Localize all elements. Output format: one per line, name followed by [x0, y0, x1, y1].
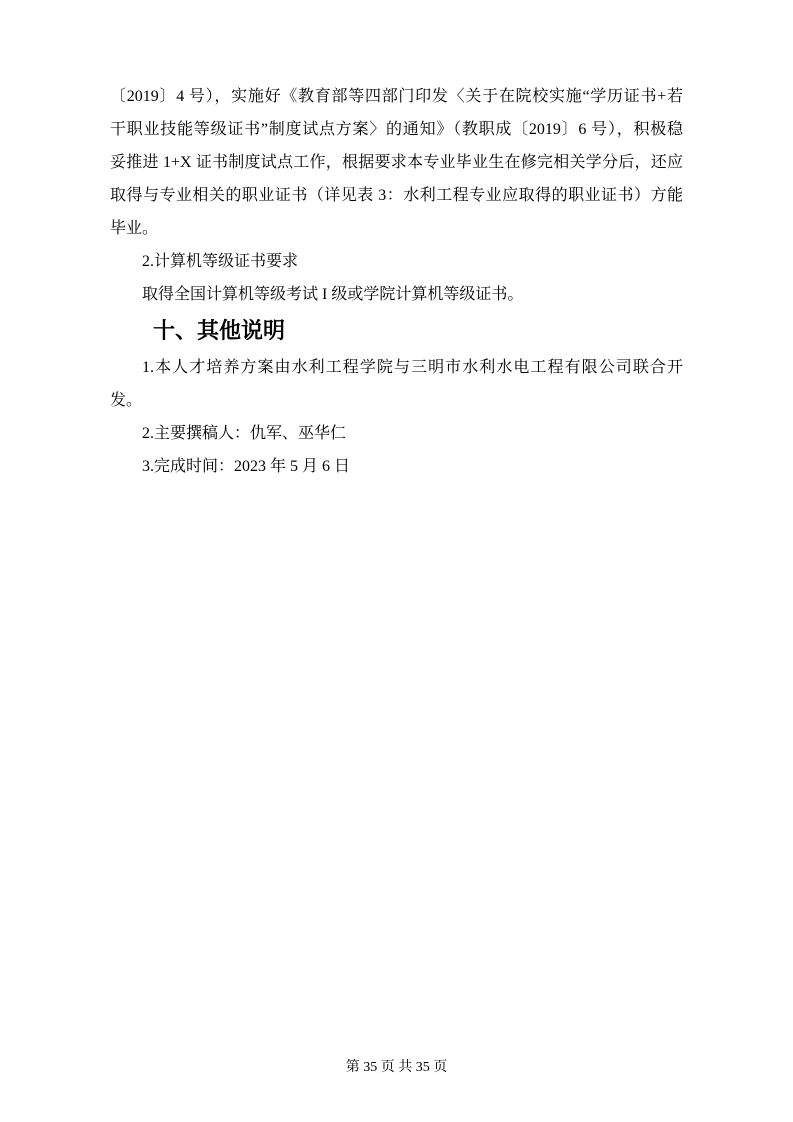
computer-certificate-title: 2.计算机等级证书要求: [110, 245, 683, 278]
section-heading-other-notes: 十、其他说明: [110, 311, 683, 351]
page-number-indicator: 第 35 页 共 35 页: [0, 1058, 793, 1078]
paragraph-line: 妥推进 1+X 证书制度试点工作，根据要求本专业毕业生在修完相关学分后，还应: [110, 146, 683, 179]
document-body: 〔2019〕4 号），实施好《教育部等四部门印发〈关于在院校实施“学历证书+若 …: [110, 80, 683, 483]
note-line: 发。: [110, 384, 683, 417]
note-line: 2.主要撰稿人：仇军、巫华仁: [110, 417, 683, 450]
note-line: 1.本人才培养方案由水利工程学院与三明市水利水电工程有限公司联合开: [110, 351, 683, 384]
paragraph-line: 取得与专业相关的职业证书（详见表 3：水利工程专业应取得的职业证书）方能: [110, 179, 683, 212]
computer-certificate-requirement: 取得全国计算机等级考试 I 级或学院计算机等级证书。: [110, 278, 683, 311]
document-page: 〔2019〕4 号），实施好《教育部等四部门印发〈关于在院校实施“学历证书+若 …: [0, 0, 793, 1122]
paragraph-line: 〔2019〕4 号），实施好《教育部等四部门印发〈关于在院校实施“学历证书+若: [110, 80, 683, 113]
paragraph-line: 干职业技能等级证书”制度试点方案〉的通知》（教职成〔2019〕6 号），积极稳: [110, 113, 683, 146]
paragraph-line: 毕业。: [110, 212, 683, 245]
note-line: 3.完成时间：2023 年 5 月 6 日: [110, 450, 683, 483]
